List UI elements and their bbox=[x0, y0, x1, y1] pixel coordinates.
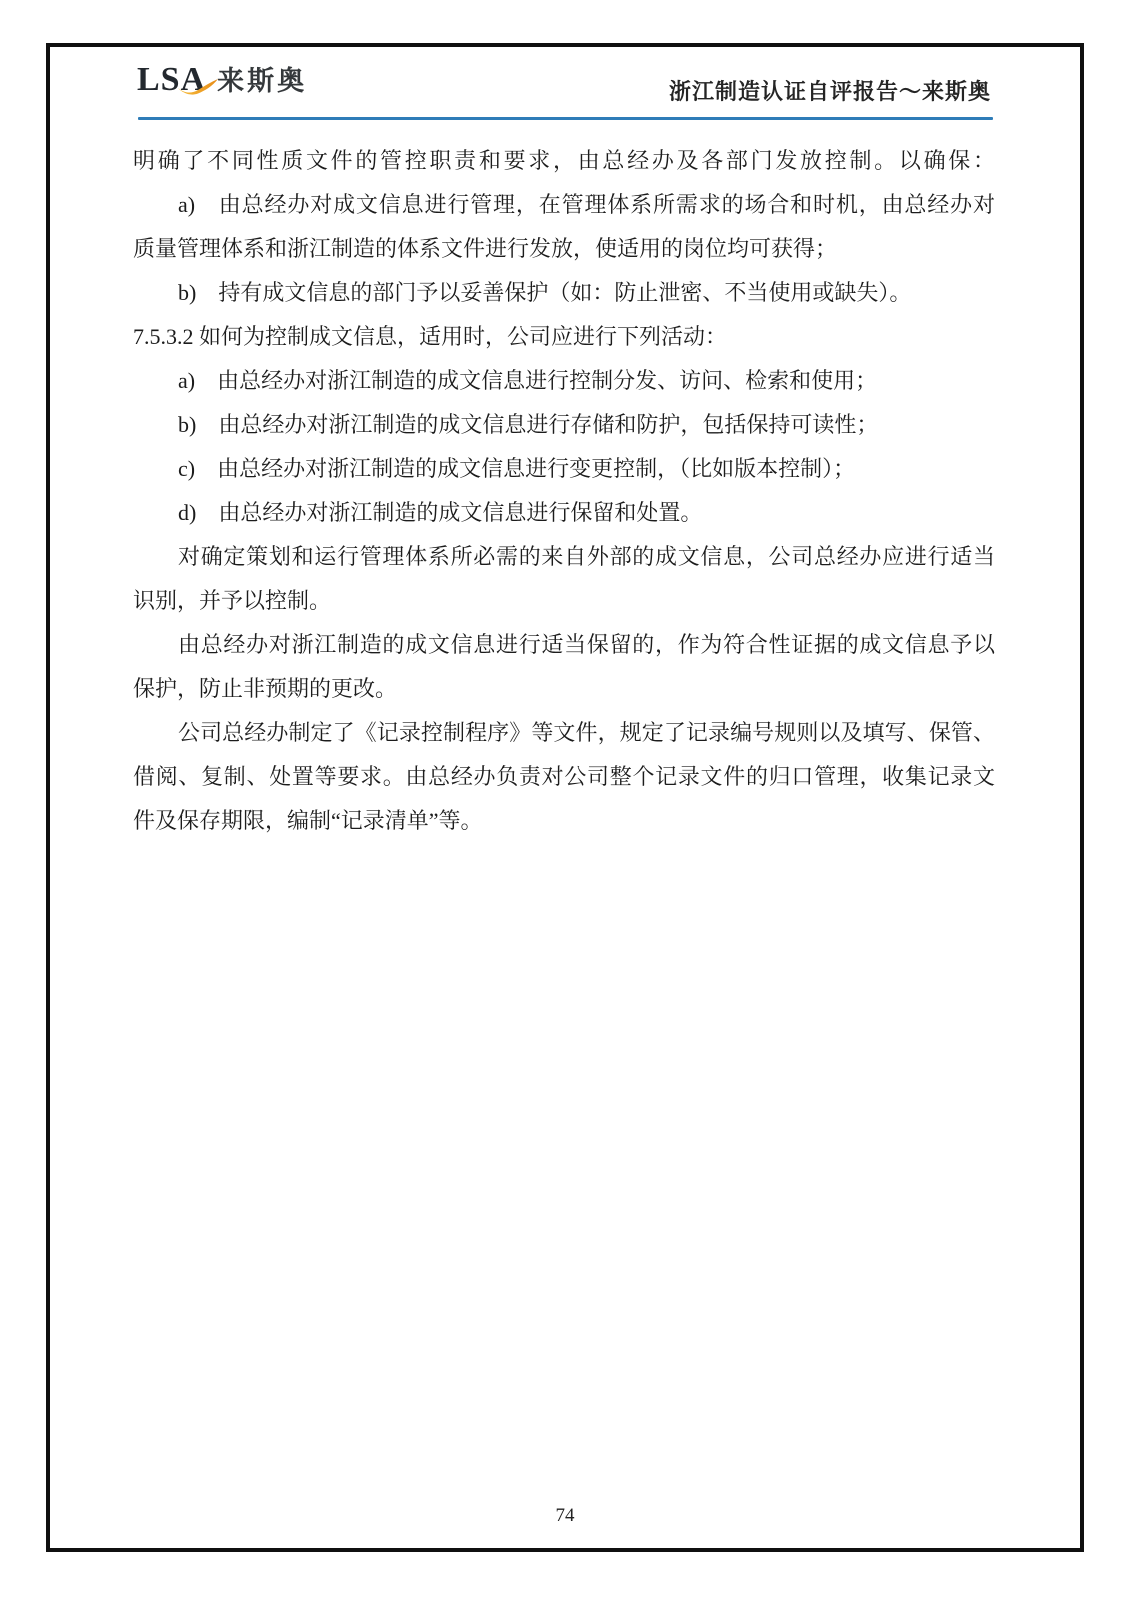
text-line: d) 由总经办对浙江制造的成文信息进行保留和处置。 bbox=[133, 491, 995, 535]
brand-logo: LSA 来斯奥 bbox=[137, 63, 307, 97]
header-divider bbox=[138, 117, 993, 120]
text-line: a) 由总经办对成文信息进行管理，在管理体系所需求的场合和时机，由总经办对 bbox=[133, 183, 995, 227]
page-frame: LSA 来斯奥 浙江制造认证自评报告～来斯奥 明确了不同性质文件的管控职责和要求… bbox=[46, 43, 1084, 1552]
text-line: 质量管理体系和浙江制造的体系文件进行发放，使适用的岗位均可获得； bbox=[133, 227, 995, 271]
logo-latin-text: LSA bbox=[137, 63, 206, 97]
text-line: 由总经办对浙江制造的成文信息进行适当保留的，作为符合性证据的成文信息予以 bbox=[133, 623, 995, 667]
text-line: 公司总经办制定了《记录控制程序》等文件，规定了记录编号规则以及填写、保管、 bbox=[133, 711, 995, 755]
text-line: b) 持有成文信息的部门予以妥善保护（如：防止泄密、不当使用或缺失）。 bbox=[133, 271, 995, 315]
text-line: 明确了不同性质文件的管控职责和要求，由总经办及各部门发放控制。以确保： bbox=[133, 139, 995, 183]
text-line: 7.5.3.2 如何为控制成文信息，适用时，公司应进行下列活动： bbox=[133, 315, 995, 359]
document-body: 明确了不同性质文件的管控职责和要求，由总经办及各部门发放控制。以确保： a) 由… bbox=[133, 139, 995, 843]
logo-chinese-text: 来斯奥 bbox=[217, 68, 307, 95]
text-line: 对确定策划和运行管理体系所必需的来自外部的成文信息，公司总经办应进行适当 bbox=[133, 535, 995, 579]
header-report-title: 浙江制造认证自评报告～来斯奥 bbox=[669, 75, 991, 106]
text-line: 保护，防止非预期的更改。 bbox=[133, 667, 995, 711]
logo-lsa-label: LSA bbox=[137, 61, 206, 98]
text-line: 识别，并予以控制。 bbox=[133, 579, 995, 623]
text-line: c) 由总经办对浙江制造的成文信息进行变更控制，（比如版本控制）； bbox=[133, 447, 995, 491]
text-line: 借阅、复制、处置等要求。由总经办负责对公司整个记录文件的归口管理，收集记录文 bbox=[133, 755, 995, 799]
text-line: 件及保存期限，编制“记录清单”等。 bbox=[133, 799, 995, 843]
text-line: b) 由总经办对浙江制造的成文信息进行存储和防护，包括保持可读性； bbox=[133, 403, 995, 447]
page-number: 74 bbox=[50, 1505, 1080, 1527]
text-line: a) 由总经办对浙江制造的成文信息进行控制分发、访问、检索和使用； bbox=[133, 359, 995, 403]
